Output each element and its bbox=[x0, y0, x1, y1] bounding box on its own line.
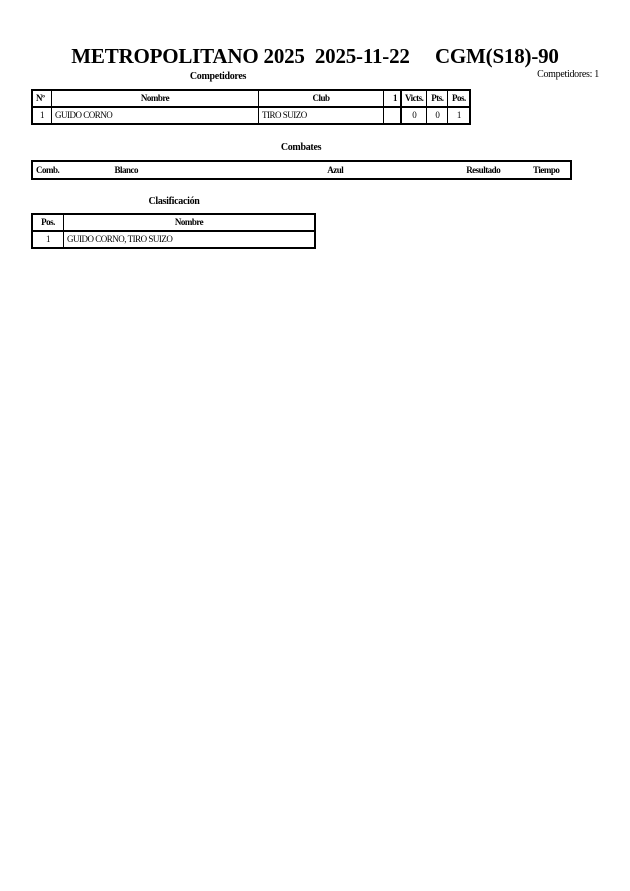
col-blue: Azul bbox=[324, 161, 444, 179]
cell-position: 1 bbox=[32, 231, 64, 248]
competitors-header-row: Nº Nombre Club 1 Victs. Pts. Pos. bbox=[32, 90, 470, 107]
table-row: 1 GUIDO CORNO TIRO SUIZO 0 0 1 bbox=[32, 107, 470, 124]
cell-name: GUIDO CORNO bbox=[52, 107, 259, 124]
cell-victories: 0 bbox=[401, 107, 427, 124]
col-time: Tiempo bbox=[522, 161, 571, 179]
cell-round-1 bbox=[384, 107, 402, 124]
event-date: 2025-11-22 bbox=[315, 44, 410, 68]
table-row: 1 GUIDO CORNO, TIRO SUIZO bbox=[32, 231, 315, 248]
competitors-count: Competidores: 1 bbox=[537, 69, 599, 80]
col-club: Club bbox=[259, 90, 384, 107]
col-combat: Comb. bbox=[32, 161, 112, 179]
competitors-table: Nº Nombre Club 1 Victs. Pts. Pos. 1 GUID… bbox=[31, 89, 471, 125]
event-name: METROPOLITANO 2025 bbox=[71, 44, 304, 68]
col-result: Resultado bbox=[444, 161, 522, 179]
cell-number: 1 bbox=[32, 107, 52, 124]
combats-header-row: Comb. Blanco Azul Resultado Tiempo bbox=[32, 161, 571, 179]
col-position: Pos. bbox=[448, 90, 471, 107]
combats-table: Comb. Blanco Azul Resultado Tiempo bbox=[31, 160, 572, 180]
col-round-1: 1 bbox=[384, 90, 402, 107]
col-number: Nº bbox=[32, 90, 52, 107]
col-victories: Victs. bbox=[401, 90, 427, 107]
cell-position: 1 bbox=[448, 107, 471, 124]
cell-name: GUIDO CORNO, TIRO SUIZO bbox=[64, 231, 316, 248]
col-position: Pos. bbox=[32, 214, 64, 231]
classification-table: Pos. Nombre 1 GUIDO CORNO, TIRO SUIZO bbox=[31, 213, 316, 249]
cell-points: 0 bbox=[427, 107, 448, 124]
col-name: Nombre bbox=[52, 90, 259, 107]
col-points: Pts. bbox=[427, 90, 448, 107]
classification-section-title: Clasificación bbox=[124, 196, 224, 207]
combats-section-title: Combates bbox=[251, 142, 351, 153]
page-title: METROPOLITANO 2025 2025-11-22 CGM(S18)-9… bbox=[0, 44, 630, 69]
cell-club: TIRO SUIZO bbox=[259, 107, 384, 124]
event-category: CGM(S18)-90 bbox=[435, 44, 559, 68]
classification-header-row: Pos. Nombre bbox=[32, 214, 315, 231]
competitors-section-title: Competidores bbox=[168, 71, 268, 82]
col-white: Blanco bbox=[112, 161, 325, 179]
col-name: Nombre bbox=[64, 214, 316, 231]
